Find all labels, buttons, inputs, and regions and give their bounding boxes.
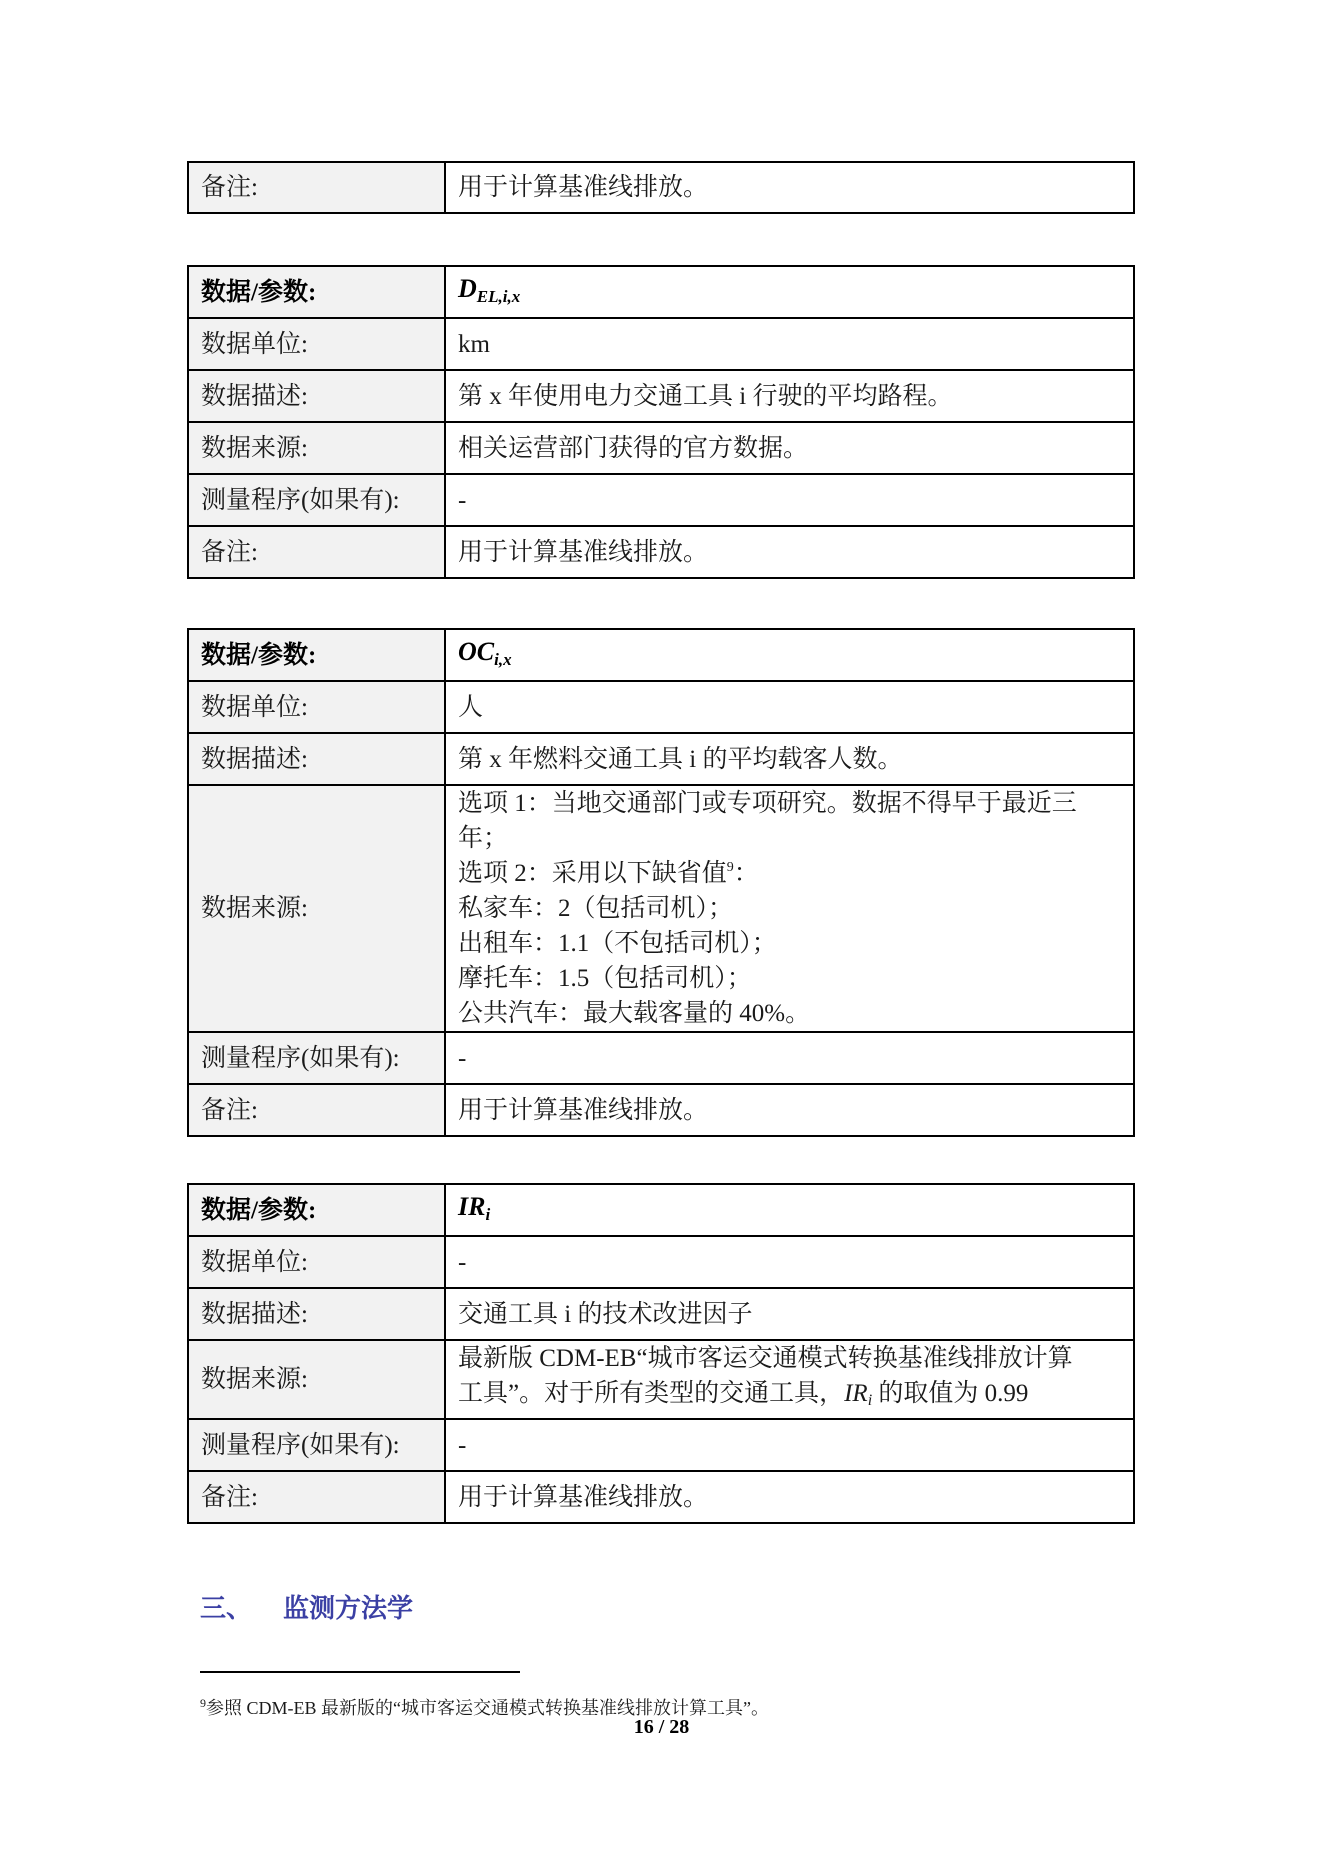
table-row: 数据描述: 第 x 年燃料交通工具 i 的平均载客人数。 (188, 733, 1134, 785)
row-label: 备注: (188, 1471, 445, 1523)
row-value-multiline: 选项 1：当地交通部门或专项研究。数据不得早于最近三 年； 选项 2：采用以下缺… (445, 785, 1134, 1032)
row-label: 数据来源: (188, 1340, 445, 1419)
table-row: 数据单位: 人 (188, 681, 1134, 733)
row-value: 交通工具 i 的技术改进因子 (445, 1288, 1134, 1340)
row-label: 测量程序(如果有): (188, 1032, 445, 1084)
row-label: 测量程序(如果有): (188, 474, 445, 526)
table-row-parameter: 数据/参数: OCi,x (188, 629, 1134, 681)
row-label: 数据单位: (188, 1236, 445, 1288)
row-value: 第 x 年使用电力交通工具 i 行驶的平均路程。 (445, 370, 1134, 422)
text-line: 年； (458, 821, 1121, 856)
row-value: km (445, 318, 1134, 370)
row-label: 备注: (188, 162, 445, 213)
row-value: 人 (445, 681, 1134, 733)
row-value: 用于计算基准线排放。 (445, 1084, 1134, 1136)
text-line: 选项 1：当地交通部门或专项研究。数据不得早于最近三 (458, 786, 1121, 821)
table-row: 备注: 用于计算基准线排放。 (188, 526, 1134, 578)
parameter-table-del: 数据/参数: DEL,i,x 数据单位: km 数据描述: 第 x 年使用电力交… (187, 265, 1135, 579)
row-value: - (445, 1032, 1134, 1084)
text-line: 摩托车：1.5（包括司机）； (458, 961, 1121, 996)
table-row: 测量程序(如果有): - (188, 1032, 1134, 1084)
row-label: 数据单位: (188, 681, 445, 733)
row-value: - (445, 1236, 1134, 1288)
row-value: 用于计算基准线排放。 (445, 162, 1134, 213)
table-row: 数据描述: 第 x 年使用电力交通工具 i 行驶的平均路程。 (188, 370, 1134, 422)
table-row-parameter: 数据/参数: DEL,i,x (188, 266, 1134, 318)
section-heading: 三、 监测方法学 (200, 1588, 413, 1625)
text-line: 工具”。对于所有类型的交通工具，IRi 的取值为 0.99 (458, 1376, 1121, 1418)
text-line: 出租车：1.1（不包括司机）； (458, 926, 1121, 961)
table-row: 测量程序(如果有): - (188, 1419, 1134, 1471)
table-row: 备注: 用于计算基准线排放。 (188, 1084, 1134, 1136)
text-line: 私家车：2（包括司机）； (458, 891, 1121, 926)
text-line: 最新版 CDM-EB“城市客运交通模式转换基准线排放计算 (458, 1341, 1121, 1376)
table-row: 数据描述: 交通工具 i 的技术改进因子 (188, 1288, 1134, 1340)
row-value: - (445, 1419, 1134, 1471)
row-label: 数据单位: (188, 318, 445, 370)
row-value: - (445, 474, 1134, 526)
footnote-text: 参照 CDM-EB 最新版的“城市客运交通模式转换基准线排放计算工具”。 (206, 1698, 769, 1718)
parameter-symbol: IRi (445, 1184, 1134, 1236)
parameter-table-ir: 数据/参数: IRi 数据单位: - 数据描述: 交通工具 i 的技术改进因子 … (187, 1183, 1135, 1524)
row-value: 用于计算基准线排放。 (445, 1471, 1134, 1523)
row-label: 数据描述: (188, 370, 445, 422)
section-title: 监测方法学 (283, 1588, 413, 1625)
parameter-symbol: DEL,i,x (445, 266, 1134, 318)
table-row: 数据来源: 相关运营部门获得的官方数据。 (188, 422, 1134, 474)
row-label: 数据/参数: (188, 266, 445, 318)
table-row: 数据来源: 选项 1：当地交通部门或专项研究。数据不得早于最近三 年； 选项 2… (188, 785, 1134, 1032)
table-row: 数据单位: km (188, 318, 1134, 370)
parameter-table-oc: 数据/参数: OCi,x 数据单位: 人 数据描述: 第 x 年燃料交通工具 i… (187, 628, 1135, 1137)
row-label: 数据来源: (188, 422, 445, 474)
row-value: 相关运营部门获得的官方数据。 (445, 422, 1134, 474)
row-value: 用于计算基准线排放。 (445, 526, 1134, 578)
row-label: 数据来源: (188, 785, 445, 1032)
row-label: 备注: (188, 1084, 445, 1136)
section-number: 三、 (200, 1588, 283, 1625)
row-value: 第 x 年燃料交通工具 i 的平均载客人数。 (445, 733, 1134, 785)
text-line: 公共汽车：最大载客量的 40%。 (458, 996, 1121, 1031)
row-label: 测量程序(如果有): (188, 1419, 445, 1471)
table-row: 测量程序(如果有): - (188, 474, 1134, 526)
page-number: 16 / 28 (0, 1716, 1323, 1739)
table-row: 备注: 用于计算基准线排放。 (188, 1471, 1134, 1523)
row-label: 数据描述: (188, 733, 445, 785)
row-value-multiline: 最新版 CDM-EB“城市客运交通模式转换基准线排放计算 工具”。对于所有类型的… (445, 1340, 1134, 1419)
footnote-ref[interactable]: 9 (727, 860, 734, 875)
row-label: 数据/参数: (188, 629, 445, 681)
table-row: 数据来源: 最新版 CDM-EB“城市客运交通模式转换基准线排放计算 工具”。对… (188, 1340, 1134, 1419)
remark-table-continued: 备注: 用于计算基准线排放。 (187, 161, 1135, 214)
row-label: 数据描述: (188, 1288, 445, 1340)
table-row: 数据单位: - (188, 1236, 1134, 1288)
table-row-parameter: 数据/参数: IRi (188, 1184, 1134, 1236)
table-row: 备注: 用于计算基准线排放。 (188, 162, 1134, 213)
text-line: 选项 2：采用以下缺省值9： (458, 856, 1121, 891)
parameter-symbol: OCi,x (445, 629, 1134, 681)
row-label: 备注: (188, 526, 445, 578)
footnote-divider (200, 1671, 520, 1673)
row-label: 数据/参数: (188, 1184, 445, 1236)
